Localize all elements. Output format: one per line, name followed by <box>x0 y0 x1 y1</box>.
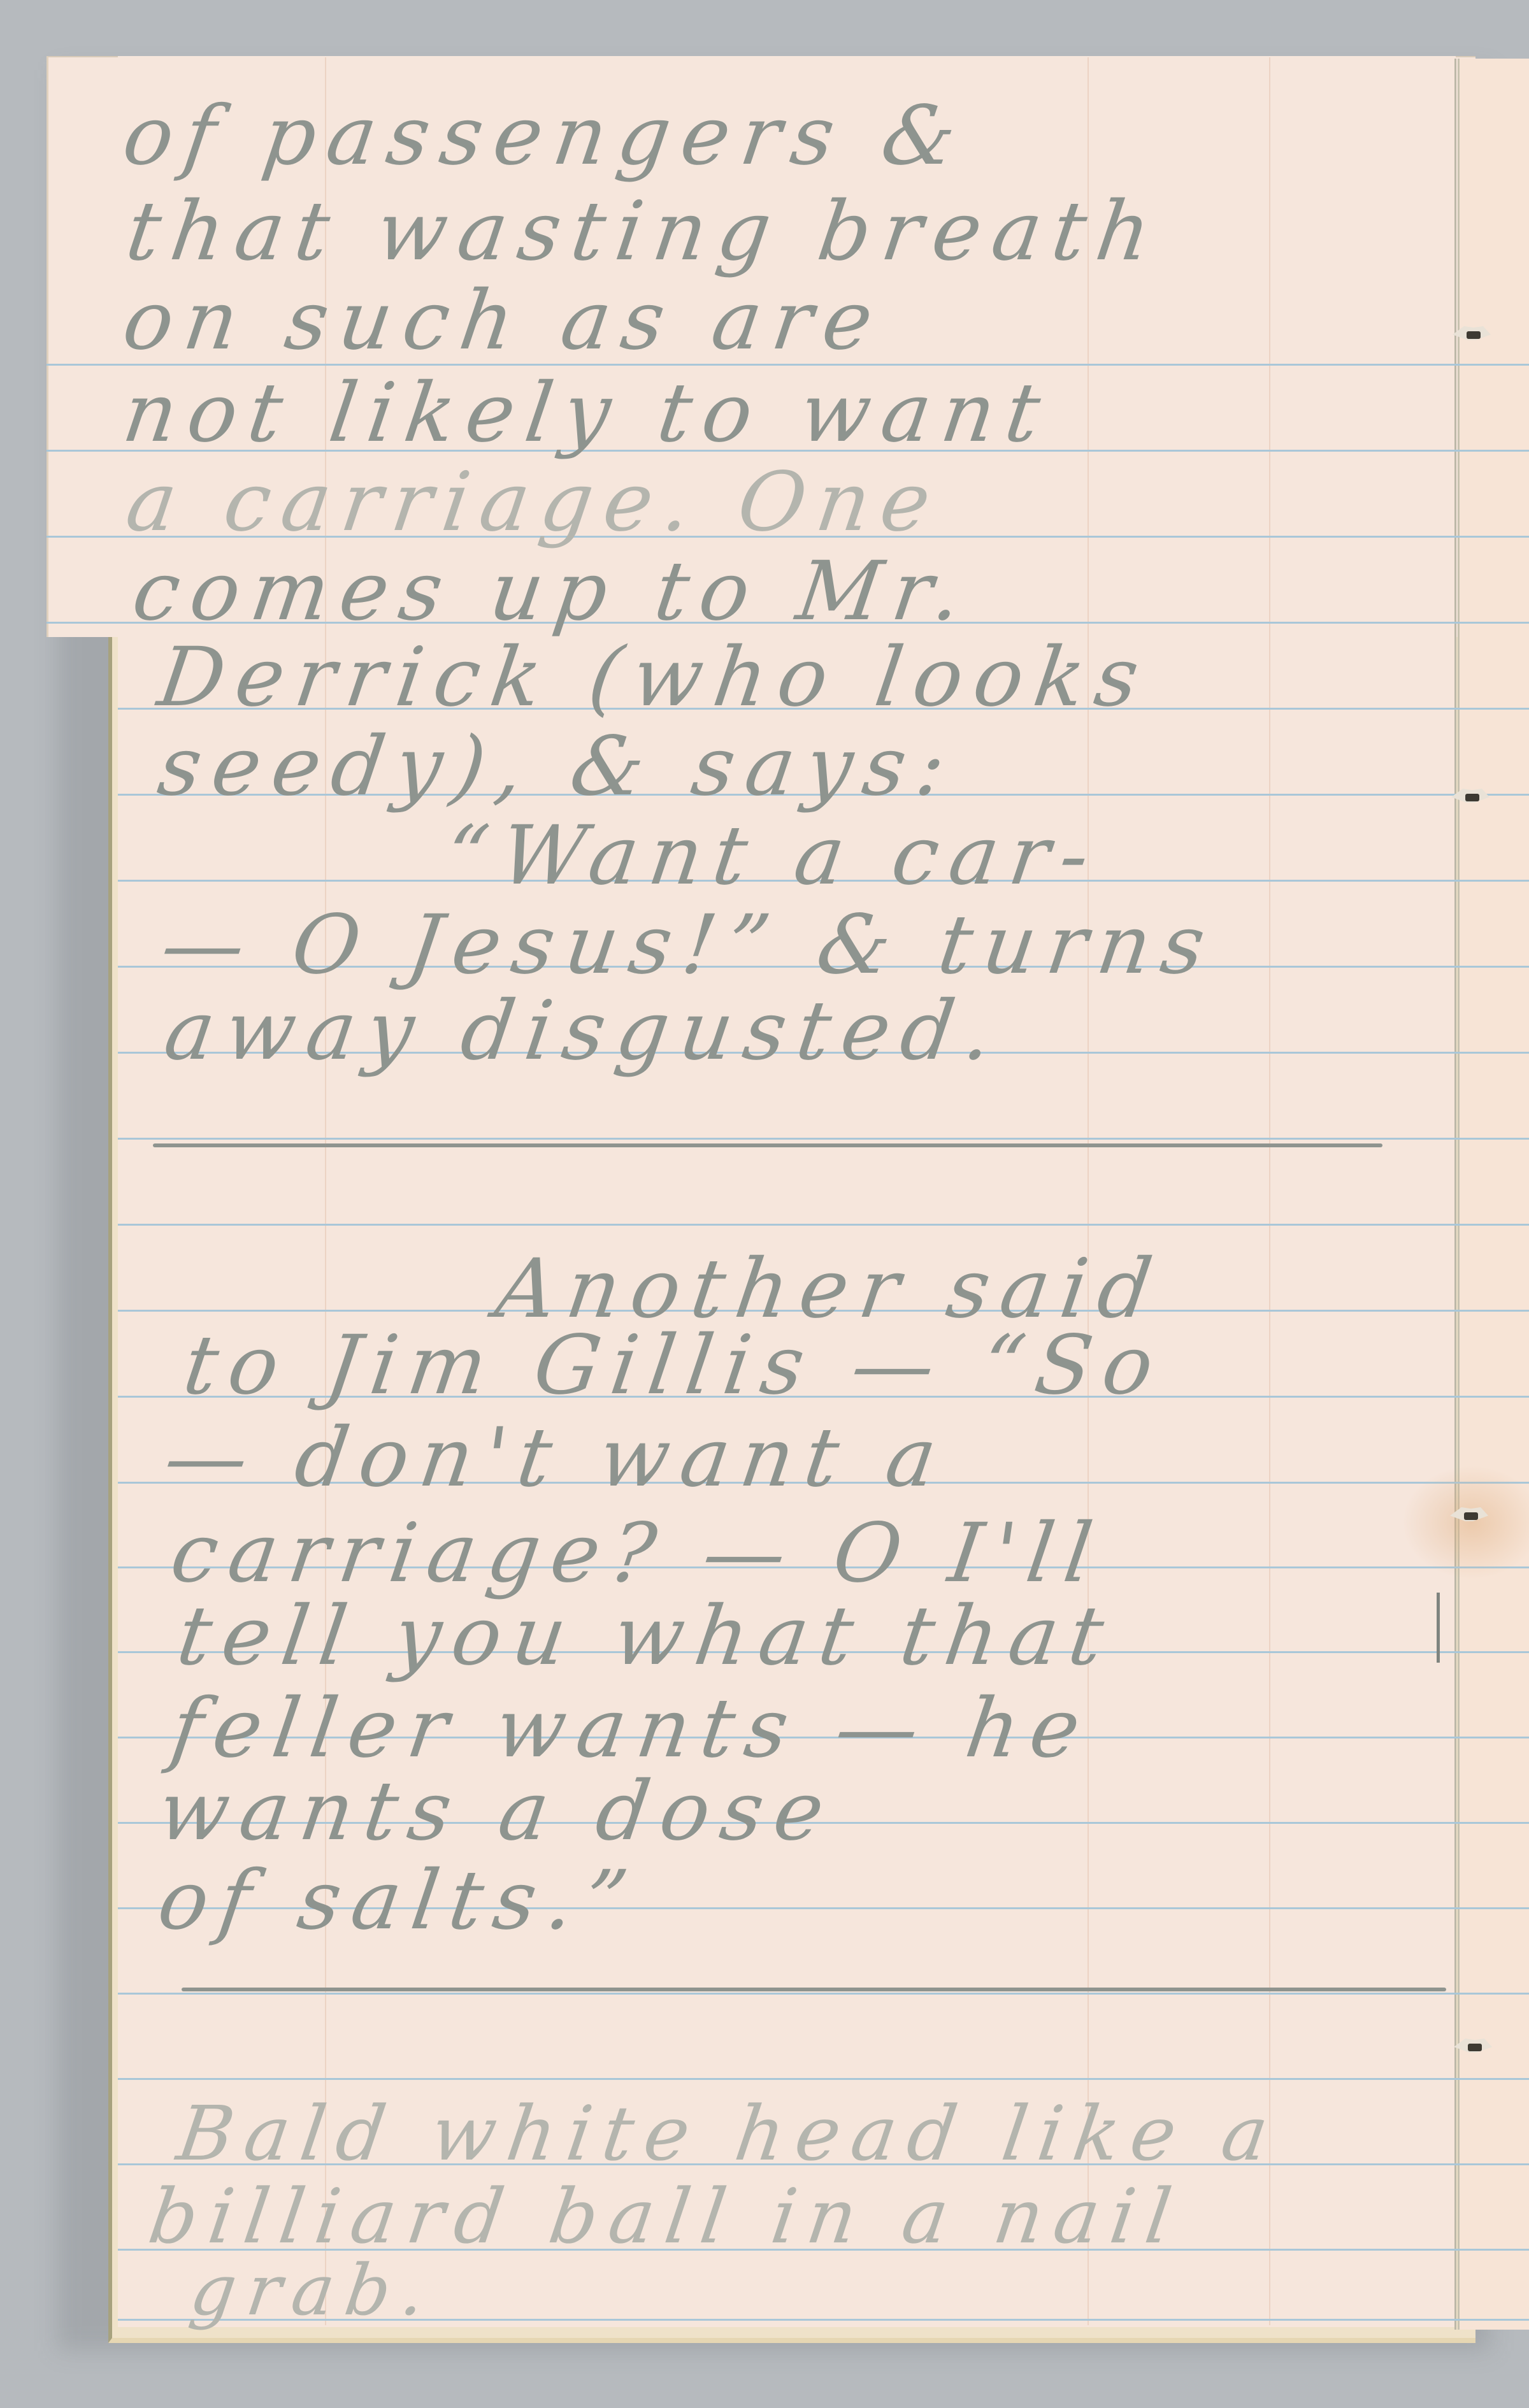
handwritten-line: comes up to Mr. <box>128 551 977 633</box>
facing-page-edge <box>1458 59 1529 2330</box>
handwritten-line: carriage? — O I'll <box>166 1513 1109 1595</box>
handwritten-line: feller wants — he <box>166 1688 1096 1770</box>
handwritten-line: seedy), & says: <box>154 726 961 808</box>
handwritten-line: — O Jesus!” & turns <box>157 905 1221 986</box>
handwritten-line: billiard ball in a nail <box>145 2179 1188 2254</box>
handwritten-line: of salts.” <box>154 1860 643 1942</box>
staple-hole-icon <box>1453 324 1491 343</box>
handwritten-line: a carriage. One <box>122 462 947 543</box>
handwritten-line: on such as are <box>118 280 889 362</box>
margin-mark <box>1437 1593 1440 1663</box>
separator-line-1 <box>153 1143 1382 1147</box>
handwritten-line: of passengers & <box>118 96 972 177</box>
handwritten-line: that wasting breath <box>122 191 1166 273</box>
handwritten-line: grab. <box>186 2255 440 2325</box>
rule-line <box>118 2078 1529 2080</box>
margin-line-mid <box>1088 57 1089 2325</box>
handwritten-line: not likely to want <box>118 373 1056 454</box>
separator-line-2 <box>182 1988 1446 1991</box>
handwritten-line: Derrick (who looks <box>154 637 1155 719</box>
staple-hole-icon <box>1451 786 1490 805</box>
spine-gutter <box>1454 59 1456 2330</box>
handwritten-line: Bald white head like a <box>173 2096 1284 2171</box>
rule-line <box>118 1993 1529 1995</box>
handwritten-line: away disgusted. <box>160 991 1009 1072</box>
handwritten-line: tell you what that <box>173 1596 1119 1677</box>
staple-hole-icon <box>1450 1505 1488 1524</box>
handwritten-line: “Want a car- <box>440 815 1105 897</box>
rule-line <box>118 1224 1529 1226</box>
staple-hole-icon <box>1454 2036 1492 2055</box>
handwritten-line: — don't want a <box>160 1417 952 1499</box>
handwritten-line: to Jim Gillis — “So <box>179 1325 1170 1407</box>
margin-line-right <box>1269 57 1270 2325</box>
rule-line <box>118 1138 1529 1140</box>
handwritten-line: wants a dose <box>154 1771 840 1853</box>
